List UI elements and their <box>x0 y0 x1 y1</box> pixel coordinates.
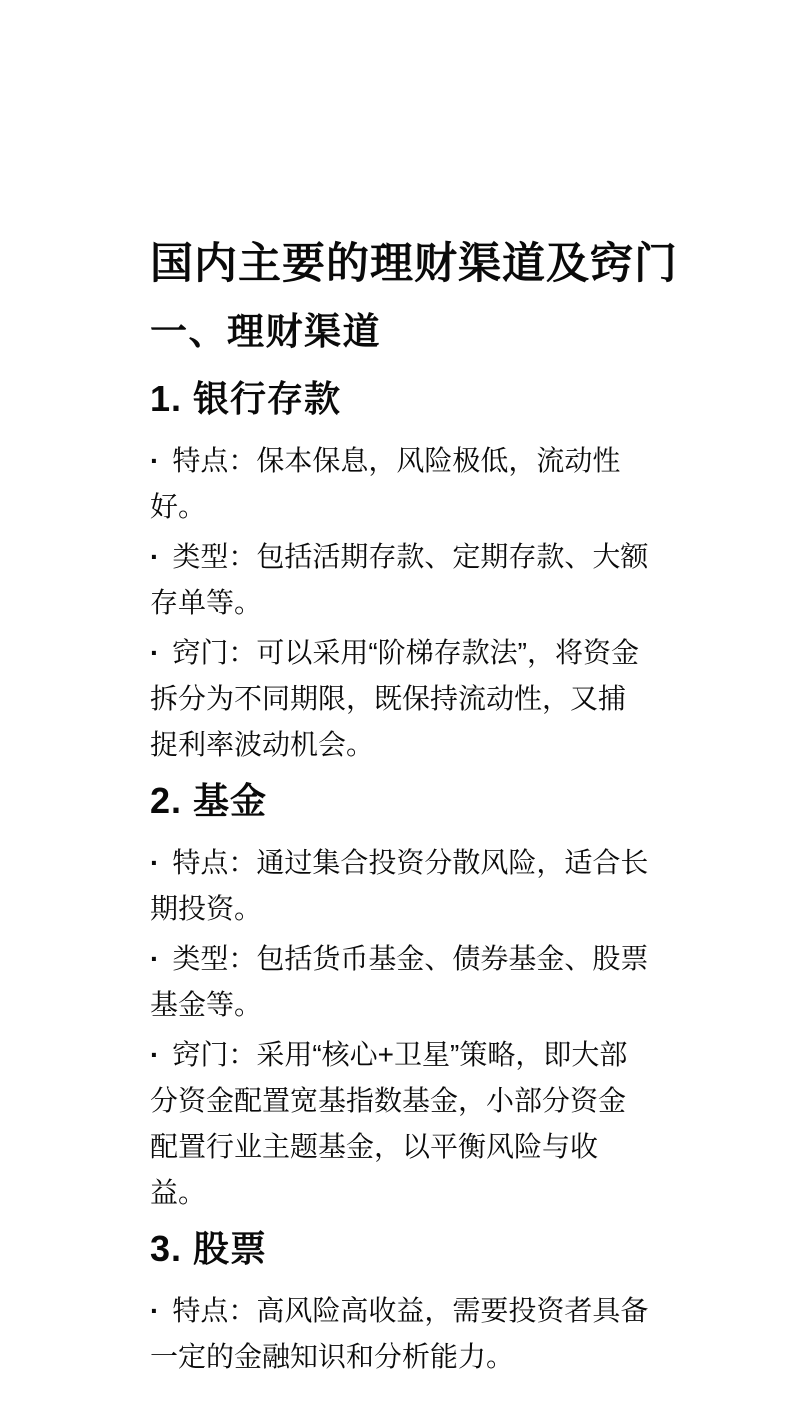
list-item-text: 窍门：采用“核心+卫星”策略，即大部分资金配置宽基指数基金，小部分资金配置行业主… <box>150 1039 627 1208</box>
list-item-text: 特点：通过集合投资分散风险，适合长期投资。 <box>150 847 648 924</box>
bullet-list: ·特点：通过集合投资分散风险，适合长期投资。 ·类型：包括货币基金、债券基金、股… <box>150 840 652 1216</box>
bullet-icon: · <box>150 630 159 676</box>
subsection-bank-deposits: 1. 银行存款 ·特点：保本保息，风险极低，流动性好。 ·类型：包括活期存款、定… <box>150 376 652 768</box>
list-item: ·窍门：采用“核心+卫星”策略，即大部分资金配置宽基指数基金，小部分资金配置行业… <box>150 1032 652 1216</box>
list-item-text: 类型：包括货币基金、债券基金、股票基金等。 <box>150 943 648 1020</box>
section-heading: 一、理财渠道 <box>150 308 652 356</box>
list-item-text: 类型：包括活期存款、定期存款、大额存单等。 <box>150 541 648 618</box>
subsection-heading: 3. 股票 <box>150 1226 652 1272</box>
document-page: 国内主要的理财渠道及窍门 一、理财渠道 1. 银行存款 ·特点：保本保息，风险极… <box>0 0 800 1422</box>
bullet-icon: · <box>150 1288 159 1334</box>
subsection-funds: 2. 基金 ·特点：通过集合投资分散风险，适合长期投资。 ·类型：包括货币基金、… <box>150 778 652 1216</box>
bullet-list: ·特点：高风险高收益，需要投资者具备一定的金融知识和分析能力。 <box>150 1288 652 1380</box>
bullet-icon: · <box>150 534 159 580</box>
list-item-text: 特点：高风险高收益，需要投资者具备一定的金融知识和分析能力。 <box>150 1295 648 1372</box>
bullet-icon: · <box>150 840 159 886</box>
bullet-icon: · <box>150 936 159 982</box>
list-item: ·特点：通过集合投资分散风险，适合长期投资。 <box>150 840 652 932</box>
list-item-text: 特点：保本保息，风险极低，流动性好。 <box>150 445 620 522</box>
list-item: ·类型：包括货币基金、债券基金、股票基金等。 <box>150 936 652 1028</box>
subsection-heading: 1. 银行存款 <box>150 376 652 422</box>
bullet-list: ·特点：保本保息，风险极低，流动性好。 ·类型：包括活期存款、定期存款、大额存单… <box>150 438 652 768</box>
list-item: ·类型：包括活期存款、定期存款、大额存单等。 <box>150 534 652 626</box>
list-item: ·特点：高风险高收益，需要投资者具备一定的金融知识和分析能力。 <box>150 1288 652 1380</box>
subsection-stocks: 3. 股票 ·特点：高风险高收益，需要投资者具备一定的金融知识和分析能力。 <box>150 1226 652 1380</box>
list-item: ·窍门：可以采用“阶梯存款法”，将资金拆分为不同期限，既保持流动性，又捕捉利率波… <box>150 630 652 768</box>
list-item-text: 窍门：可以采用“阶梯存款法”，将资金拆分为不同期限，既保持流动性，又捕捉利率波动… <box>150 637 639 760</box>
subsection-heading: 2. 基金 <box>150 778 652 824</box>
page-title: 国内主要的理财渠道及窍门 <box>150 238 652 290</box>
bullet-icon: · <box>150 438 159 484</box>
list-item: ·特点：保本保息，风险极低，流动性好。 <box>150 438 652 530</box>
bullet-icon: · <box>150 1032 159 1078</box>
